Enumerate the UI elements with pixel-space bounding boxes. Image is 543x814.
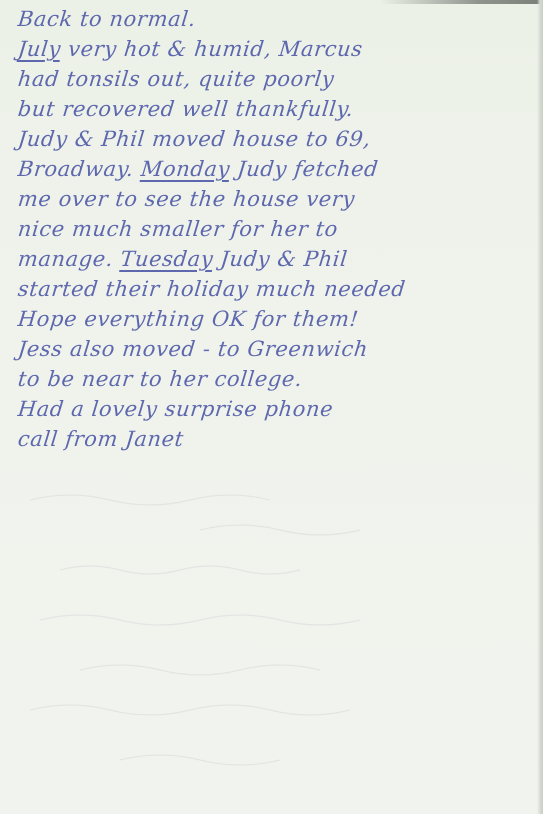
text-line-1: Back to normal. [16,4,529,34]
text-line-6: Broadway. Monday Judy fetched [16,154,529,184]
text-line-7: me over to see the house very [16,184,529,214]
text-line-13: to be near to her college. [16,364,529,394]
show-through-handwriting [0,470,543,814]
text-line-2: July very hot & humid, Marcus [16,34,529,64]
underlined-month: July [17,37,62,61]
handwritten-text: Back to normal. July very hot & humid, M… [18,4,528,454]
underlined-day: Monday [140,157,232,181]
underlined-day: Tuesday [119,247,214,271]
text-line-5: Judy & Phil moved house to 69, [16,124,529,154]
text-line-10: started their holiday much needed [16,274,529,304]
text-line-4: but recovered well thankfully. [16,94,529,124]
text-line-3: had tonsils out, quite poorly [16,64,529,94]
diary-page: Back to normal. July very hot & humid, M… [0,0,543,814]
text-line-15: call from Janet [16,424,529,454]
text-line-12: Jess also moved - to Greenwich [16,334,529,364]
text-line-8: nice much smaller for her to [16,214,529,244]
text-line-9: manage. Tuesday Judy & Phil [16,244,529,274]
text-line-14: Had a lovely surprise phone [16,394,529,424]
text-line-11: Hope everything OK for them! [16,304,529,334]
